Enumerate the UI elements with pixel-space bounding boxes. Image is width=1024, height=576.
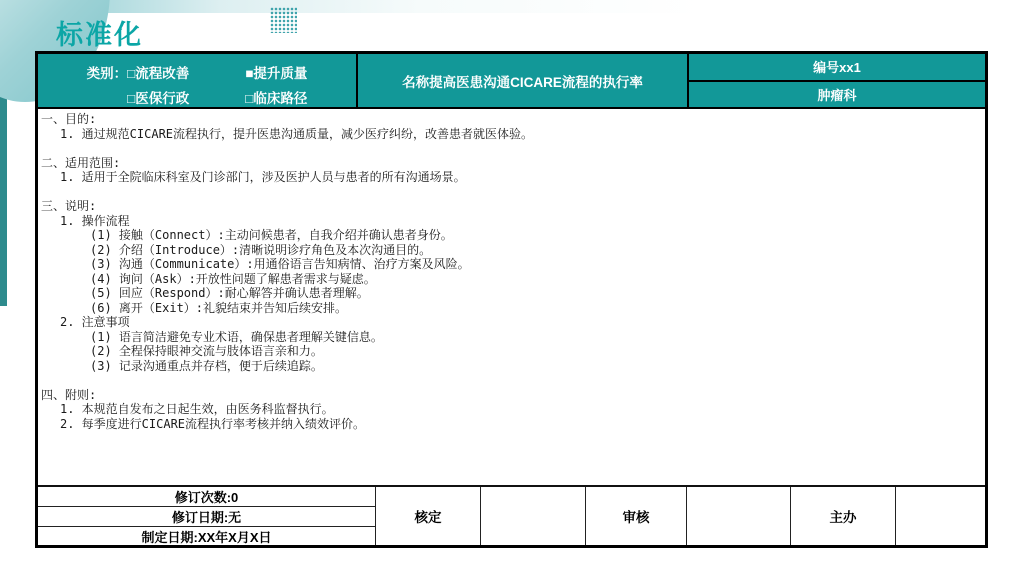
document-line: (1) 语言简洁避免专业术语，确保患者理解关键信息。 [38, 330, 979, 345]
created-date: 制定日期:XX年X月X日 [38, 526, 375, 546]
revision-count: 修订次数:0 [38, 487, 375, 506]
category-label: 类别： [87, 62, 128, 107]
review-signature-cell [686, 487, 790, 545]
document-table: 类别： □流程改善 ■提升质量 □医保行政 □临床路径 名称提高医患沟通CICA… [35, 51, 988, 548]
document-line: (3) 沟通（Communicate）:用通俗语言告知病情、治疗方案及风险。 [38, 257, 979, 272]
document-footer-row: 修订次数:0 修订日期:无 制定日期:XX年X月X日 核定 审核 主办 [38, 485, 985, 545]
document-line: (2) 全程保持眼神交流与肢体语言亲和力。 [38, 344, 979, 359]
document-line: 2. 每季度进行CICARE流程执行率考核并纳入绩效评价。 [38, 417, 979, 432]
document-line: (1) 接触（Connect）:主动问候患者，自我介绍并确认患者身份。 [38, 228, 979, 243]
document-line: (6) 离开（Exit）:礼貌结束并告知后续安排。 [38, 301, 979, 316]
checkbox-insurance-admin: □医保行政 [127, 87, 189, 108]
document-header-row: 类别： □流程改善 ■提升质量 □医保行政 □临床路径 名称提高医患沟通CICA… [38, 54, 985, 109]
revision-info-block: 修订次数:0 修订日期:无 制定日期:XX年X月X日 [38, 487, 375, 545]
host-signature-cell [895, 487, 985, 545]
document-number: 编号xx1 [689, 54, 985, 82]
document-line: (2) 介绍（Introduce）:清晰说明诊疗角色及本次沟通目的。 [38, 243, 979, 258]
document-line [38, 185, 979, 200]
approve-signature-cell [480, 487, 585, 545]
document-line: 1. 本规范自发布之日起生效，由医务科监督执行。 [38, 402, 979, 417]
document-line: (3) 记录沟通重点并存档，便于后续追踪。 [38, 359, 979, 374]
page-title: 标准化 [56, 13, 143, 52]
document-line: 四、附则: [38, 388, 979, 403]
dot-grid-icon [270, 7, 297, 33]
document-line: (5) 回应（Respond）:耐心解答并确认患者理解。 [38, 286, 979, 301]
document-line: 1. 通过规范CICARE流程执行，提升医患沟通质量，减少医疗纠纷，改善患者就医… [38, 127, 979, 142]
checkbox-process-improvement: □流程改善 [127, 62, 189, 83]
approve-label-cell: 核定 [375, 487, 480, 545]
document-line: 一、目的: [38, 112, 979, 127]
document-body: 一、目的:1. 通过规范CICARE流程执行，提升医患沟通质量，减少医疗纠纷，改… [38, 109, 985, 485]
checkbox-clinical-pathway: □临床路径 [245, 87, 307, 108]
document-id-cell: 编号xx1 肿瘤科 [689, 54, 985, 107]
document-line [38, 141, 979, 156]
document-line: 1. 适用于全院临床科室及门诊部门，涉及医护人员与患者的所有沟通场景。 [38, 170, 979, 185]
review-label-cell: 审核 [585, 487, 686, 545]
document-name-cell: 名称提高医患沟通CICARE流程的执行率 [356, 54, 689, 107]
revision-date: 修订日期:无 [38, 506, 375, 526]
document-line: 2. 注意事项 [38, 315, 979, 330]
host-label-cell: 主办 [790, 487, 895, 545]
checkbox-quality-improvement: ■提升质量 [245, 62, 307, 83]
top-gradient-band [0, 0, 1024, 13]
department-name: 肿瘤科 [689, 82, 985, 108]
document-line [38, 373, 979, 388]
document-line: 1. 操作流程 [38, 214, 979, 229]
slide-background: 标准化 类别： □流程改善 ■提升质量 □医保行政 □临床路径 名称提高医患沟通… [0, 0, 1024, 576]
document-line: 三、说明: [38, 199, 979, 214]
document-line: (4) 询问（Ask）:开放性问题了解患者需求与疑虑。 [38, 272, 979, 287]
category-checkbox-grid: □流程改善 ■提升质量 □医保行政 □临床路径 [127, 62, 307, 107]
document-line: 二、适用范围: [38, 156, 979, 171]
category-cell: 类别： □流程改善 ■提升质量 □医保行政 □临床路径 [38, 54, 356, 107]
